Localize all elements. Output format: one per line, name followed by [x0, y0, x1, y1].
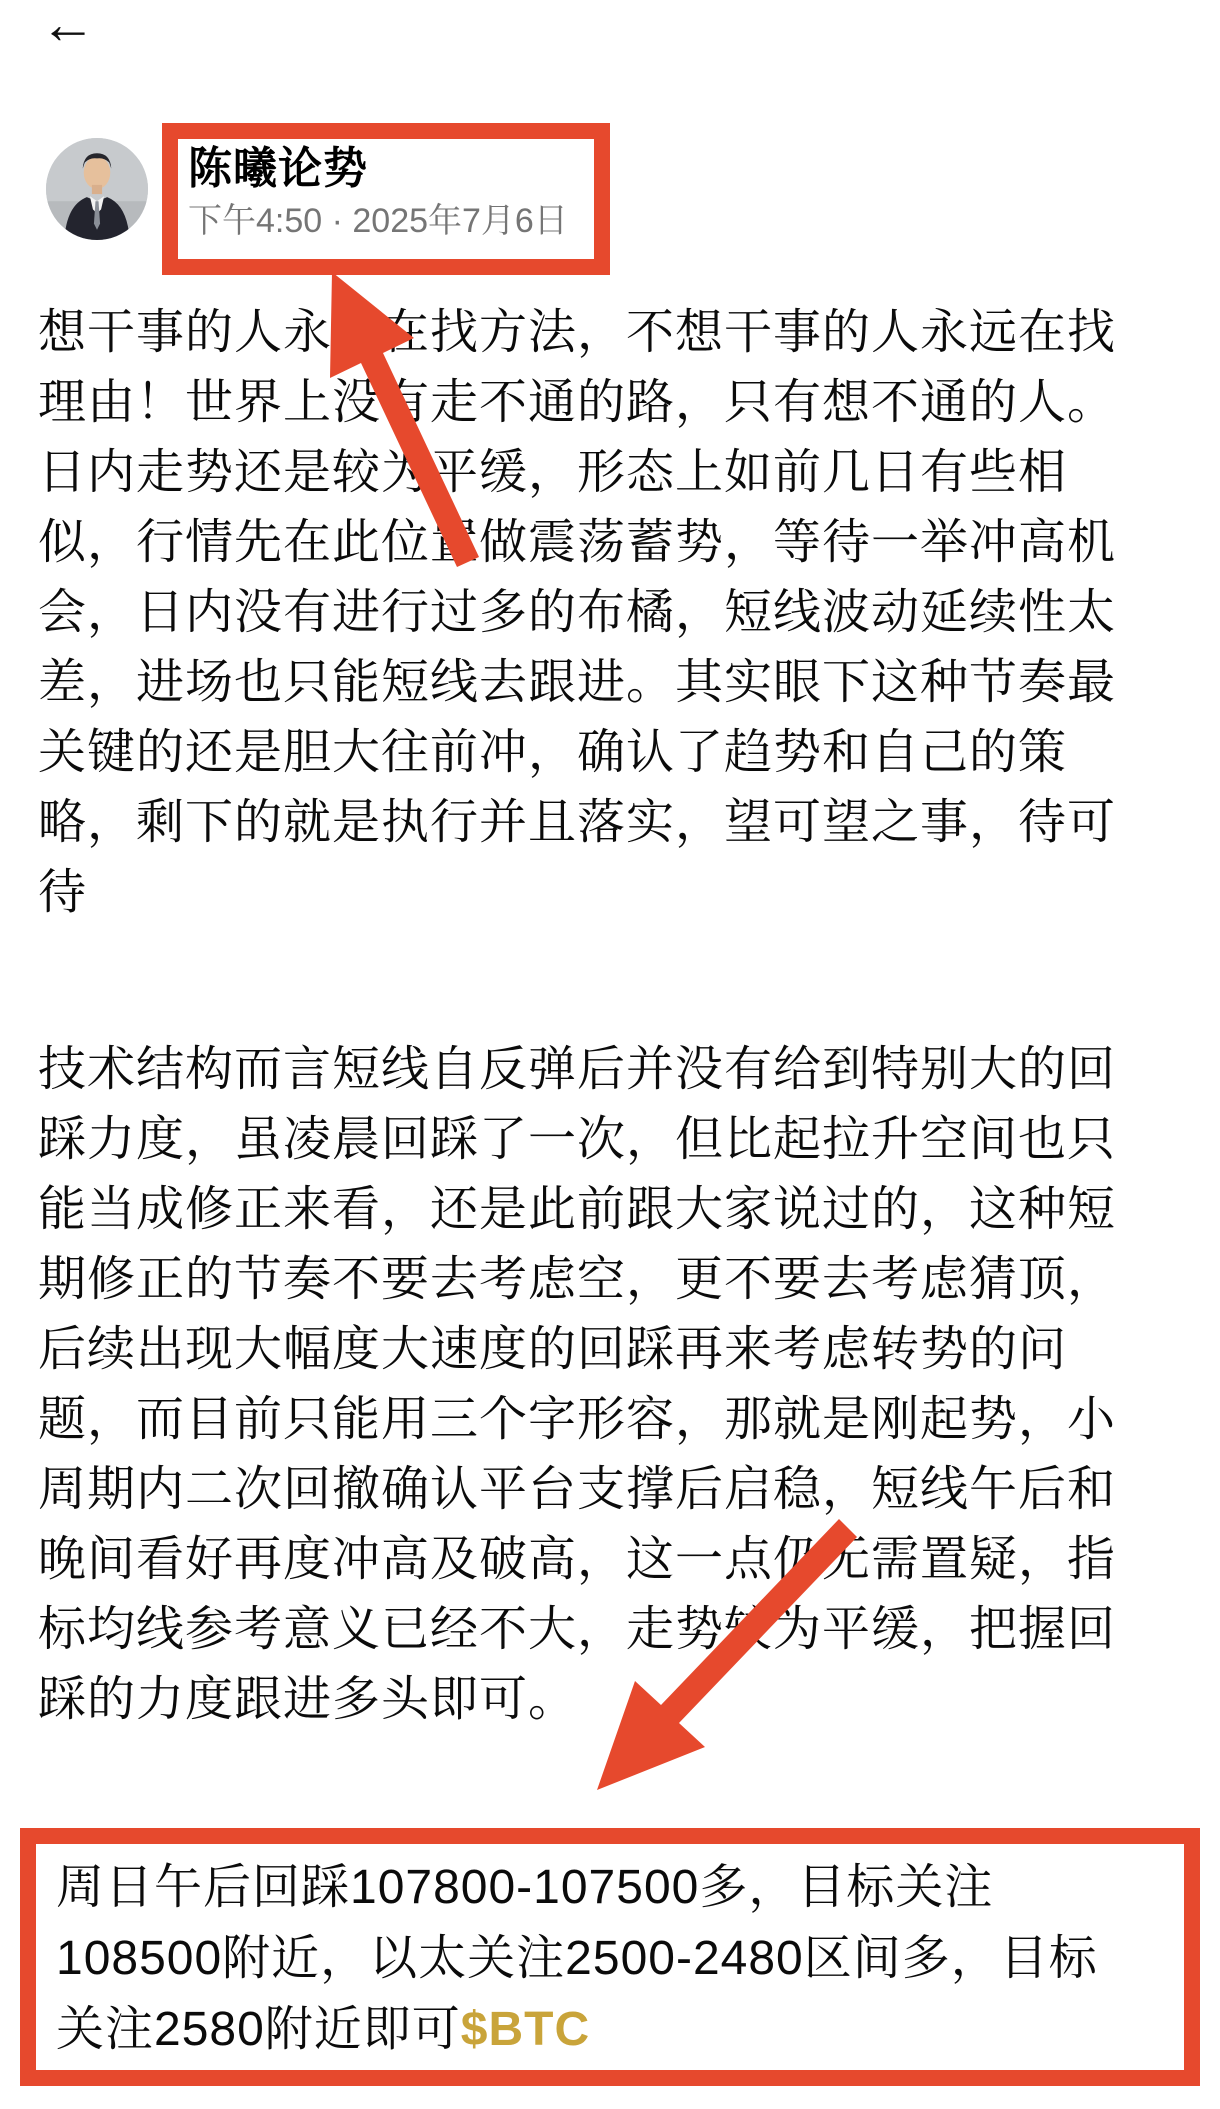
- text-line: 理由！世界上没有走不通的路，只有想不通的人。: [38, 368, 1188, 438]
- text-line: 关注2580附近即可$BTC: [56, 1994, 1184, 2065]
- text-line: 标均线参考意义已经不大，走势较为平缓，把握回: [38, 1595, 1188, 1665]
- text-line: 关键的还是胆大往前冲，确认了趋势和自己的策: [38, 718, 1188, 788]
- text-line: 能当成修正来看，还是此前跟大家说过的，这种短: [38, 1175, 1188, 1245]
- text-line: 似，行情先在此位置做震荡蓄势，等待一举冲高机: [38, 508, 1188, 578]
- author-name[interactable]: 陈曦论势: [188, 141, 594, 197]
- btc-cashtag-link[interactable]: $BTC: [461, 2003, 590, 2056]
- trade-highlight-box: 周日午后回踩107800-107500多，目标关注 108500附近，以太关注2…: [20, 1828, 1200, 2086]
- text-line: 108500附近，以太关注2500-2480区间多，目标: [56, 1923, 1184, 1994]
- avatar[interactable]: [46, 138, 148, 240]
- post-timestamp: 下午4:50 · 2025年7月6日: [188, 199, 594, 243]
- text-segment: 关注2580附近即可: [56, 2003, 461, 2056]
- text-line: 略，剩下的就是执行并且落实，望可望之事，待可: [38, 788, 1188, 858]
- text-line: 期修正的节奏不要去考虑空，更不要去考虑猜顶，: [38, 1245, 1188, 1315]
- text-line: 踩的力度跟进多头即可。: [38, 1665, 1188, 1735]
- post-paragraph-1: 想干事的人永远在找方法，不想干事的人永远在找 理由！世界上没有走不通的路，只有想…: [38, 298, 1188, 928]
- text-line: 差，进场也只能短线去跟进。其实眼下这种节奏最: [38, 648, 1188, 718]
- avatar-photo: [46, 138, 148, 240]
- text-line: 踩力度，虽凌晨回踩了一次，但比起拉升空间也只: [38, 1105, 1188, 1175]
- text-line: 想干事的人永远在找方法，不想干事的人永远在找: [38, 298, 1188, 368]
- author-highlight-box: 陈曦论势 下午4:50 · 2025年7月6日: [162, 123, 610, 275]
- text-line: 晚间看好再度冲高及破高，这一点仍无需置疑，指: [38, 1525, 1188, 1595]
- text-line: 题，而目前只能用三个字形容，那就是刚起势，小: [38, 1385, 1188, 1455]
- text-line: 后续出现大幅度大速度的回踩再来考虑转势的问: [38, 1315, 1188, 1385]
- text-line: 周日午后回踩107800-107500多，目标关注: [56, 1852, 1184, 1923]
- back-arrow-icon[interactable]: ←: [40, 0, 120, 56]
- text-line: 待: [38, 858, 1188, 928]
- text-line: 日内走势还是较为平缓，形态上如前几日有些相: [38, 438, 1188, 508]
- text-line: 周期内二次回撤确认平台支撑后启稳，短线午后和: [38, 1455, 1188, 1525]
- text-line: 技术结构而言短线自反弹后并没有给到特别大的回: [38, 1035, 1188, 1105]
- text-line: 会，日内没有进行过多的布橘，短线波动延续性太: [38, 578, 1188, 648]
- post-paragraph-2: 技术结构而言短线自反弹后并没有给到特别大的回 踩力度，虽凌晨回踩了一次，但比起拉…: [38, 1035, 1188, 1735]
